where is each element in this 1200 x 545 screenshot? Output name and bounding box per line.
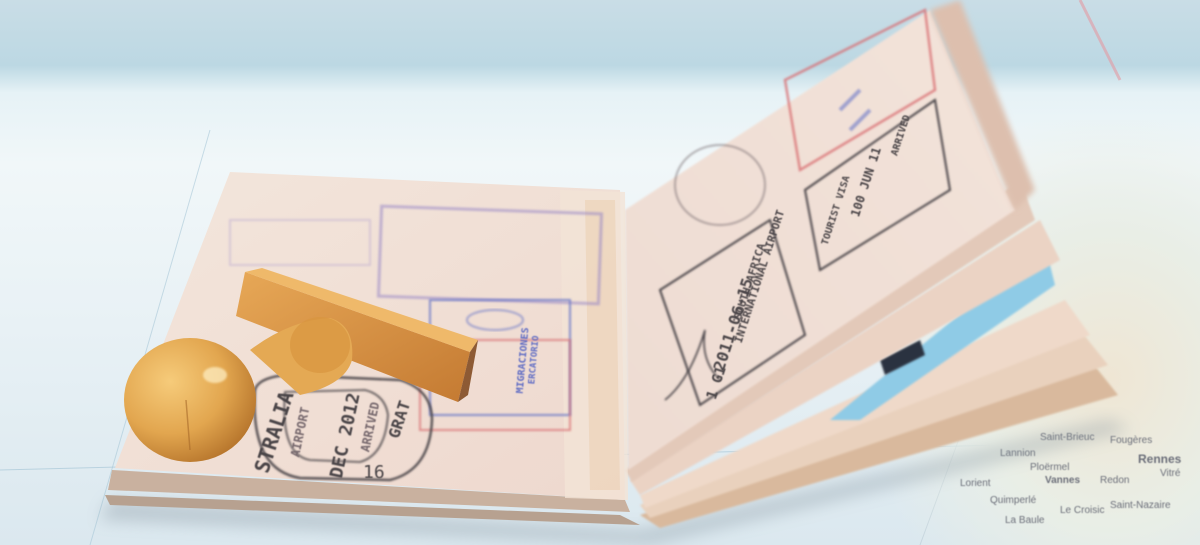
stamp-number-text: 16 (363, 462, 385, 483)
passport-illustration (0, 0, 1200, 545)
photo-scene: Lannion Saint-Brieuc Fougères Rennes Van… (0, 0, 1200, 545)
